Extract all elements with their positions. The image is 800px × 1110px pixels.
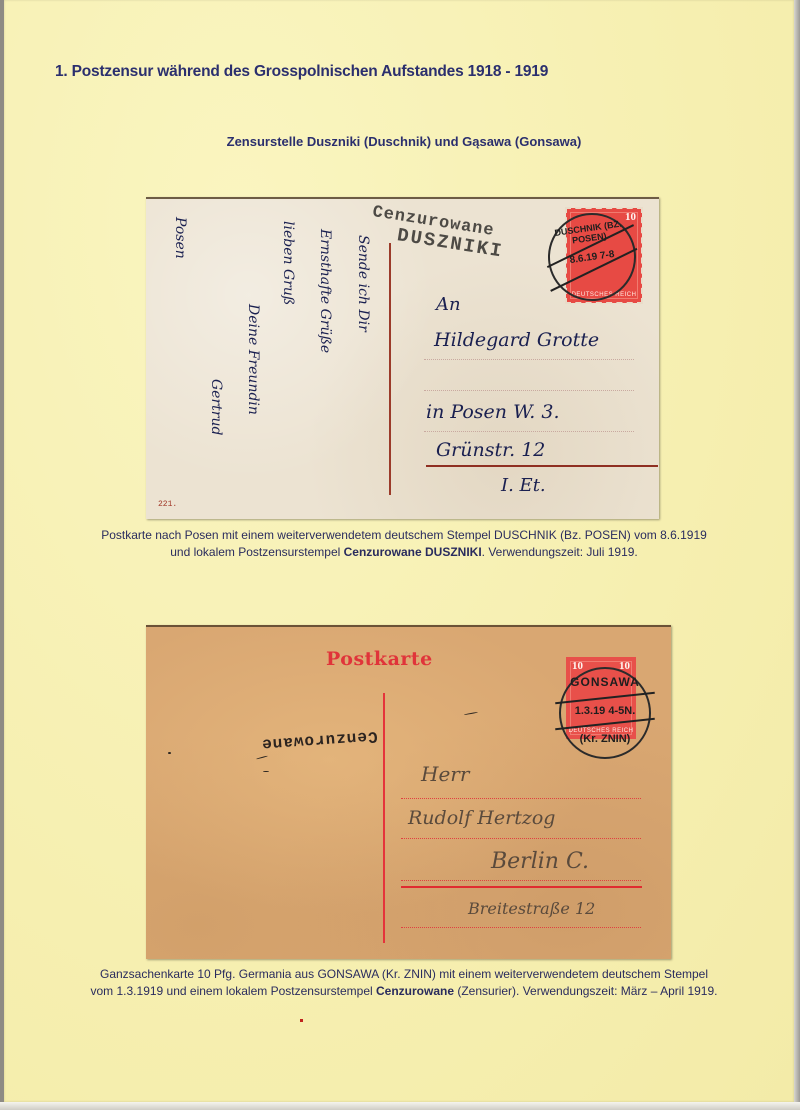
postmark-bar [555,692,655,704]
postcard-duszniki: Sende ich Dir Ernsthafte Grüße lieben Gr… [146,197,659,519]
address-rule [401,838,641,839]
stamp-value-left: 10 [572,660,583,672]
address-underline [401,886,642,888]
postmark-date: 8.6.19 7-8 [550,246,635,269]
page-edge-right [794,0,800,1110]
address-rule [424,390,634,391]
address-rule [424,431,634,432]
address-line: Herr [421,762,469,786]
caption-text: . Verwendungszeit: Juli 1919. [482,545,638,559]
address-line: An [436,294,461,315]
address-line: Hildegard Grotte [434,329,599,351]
address-line: Rudolf Hertzog [408,807,555,829]
caption-text: und lokalem Postzensurstempel [170,545,343,559]
card-divider-line [389,243,391,495]
caption-emphasis: Cenzurowane [376,984,454,998]
message-line: lieben Gruß [280,221,296,305]
red-mark [300,1019,303,1022]
caption-line: Ganzsachenkarte 10 Pfg. Germania aus GON… [44,966,764,983]
page-edge-bottom [0,1102,800,1110]
message-line: Ernsthafte Grüße [317,229,333,353]
caption-gonsawa: Ganzsachenkarte 10 Pfg. Germania aus GON… [44,966,764,1000]
address-rule [401,798,641,799]
postmark-bar [555,718,655,730]
message-line: Sende ich Dir [355,235,371,332]
address-rule [401,880,641,881]
caption-line: vom 1.3.1919 und einem lokalem Postzensu… [44,983,764,1000]
caption-line: und lokalem Postzensurstempel Cenzurowan… [44,544,764,561]
postmark-district: (Kr. ZNIN) [561,733,649,745]
address-underline [426,465,658,467]
message-line: Posen [172,217,188,259]
address-line: Grünstr. 12 [436,439,545,461]
album-page: 1. Postzensur während des Grosspolnische… [4,0,794,1102]
message-line: Gertrud [208,379,224,435]
ink-speck [464,712,478,715]
postmark-gonsawa: GONSAWA 1.3.19 4-5N. (Kr. ZNIN) [559,667,651,759]
caption-duszniki: Postkarte nach Posen mit einem weiterver… [44,527,764,561]
ink-speck [256,755,268,759]
print-number: 221. [158,500,177,509]
censor-stamp-cenzurowane: Cenzurowane [261,727,379,753]
postmark-town: GONSAWA [561,675,649,689]
address-rule [401,927,641,928]
address-line: in Posen W. 3. [426,401,560,423]
postmark-town: DUSCHNIK (BZ. POSEN) [546,217,632,248]
message-line: Deine Freundin [245,304,261,415]
postmark-date: 1.3.19 4-5N. [561,705,649,717]
card-divider-line [383,693,385,943]
address-line: Breitestraße 12 [468,899,595,918]
address-rule [424,359,634,360]
section-subtitle: Zensurstelle Duszniki (Duschnik) und Gąs… [4,134,800,149]
caption-text: (Zensurier). Verwendungszeit: März – Apr… [454,984,717,998]
caption-emphasis: Cenzurowane DUSZNIKI [344,545,482,559]
caption-line: Postkarte nach Posen mit einem weiterver… [44,527,764,544]
page-title: 1. Postzensur während des Grosspolnische… [55,63,548,81]
address-line: Berlin C. [491,849,589,874]
caption-text: vom 1.3.1919 und einem lokalem Postzensu… [91,984,377,998]
address-line: I. Et. [501,475,546,496]
ink-speck [263,771,269,772]
postkarte-gonsawa: Postkarte Cenzurowane 10 10 DEUTSCHES RE… [146,625,671,959]
postkarte-heading: Postkarte [326,648,433,670]
ink-speck [168,752,171,754]
